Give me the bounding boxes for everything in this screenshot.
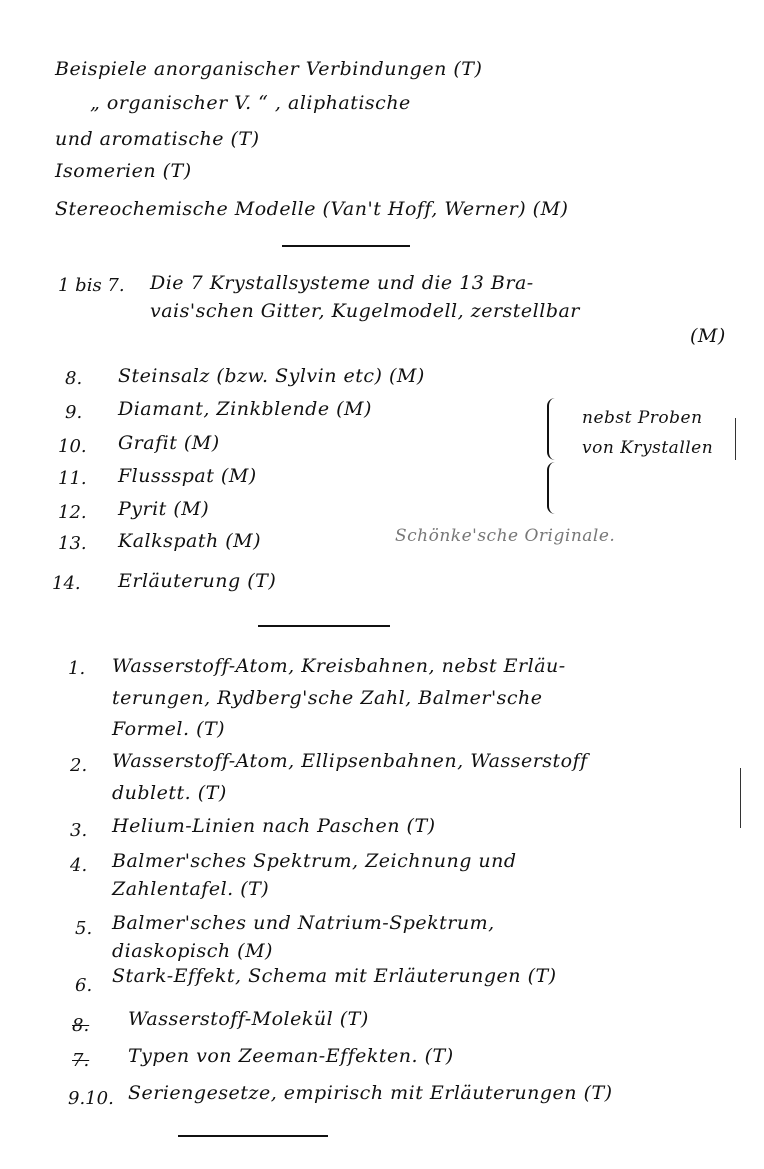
atom-item-5-line-1: Balmer'sches und Natrium-Spektrum,	[112, 912, 495, 934]
brace-note-1: nebst Proben	[582, 408, 703, 428]
atom-item-5-line-2: diaskopisch (M)	[112, 940, 273, 962]
item-number: 2.	[70, 755, 87, 776]
section-divider	[178, 1135, 328, 1137]
atom-item-9-10: Seriengesetze, empirisch mit Erläuterung…	[128, 1082, 613, 1104]
margin-mark	[740, 768, 741, 828]
item-number: 1.	[68, 658, 85, 679]
crystal-item-14: Erläuterung (T)	[118, 570, 276, 592]
intro-line-1: Beispiele anorganischer Verbindungen (T)	[55, 58, 482, 80]
intro-line-2: „ organischer V. “ , aliphatische	[90, 92, 411, 114]
item-number: 4.	[70, 855, 87, 876]
item-number: 13.	[58, 533, 87, 554]
crystal-item-9: Diamant, Zinkblende (M)	[118, 398, 372, 420]
intro-line-3: und aromatische (T)	[55, 128, 260, 150]
item-number: 12.	[58, 502, 87, 523]
crystal-item-1-cont: vais'schen Gitter, Kugelmodell, zerstell…	[150, 300, 580, 322]
atom-item-1-line-2: terungen, Rydberg'sche Zahl, Balmer'sche	[112, 687, 543, 709]
item-number: 8.	[65, 368, 82, 389]
atom-item-2-line-2: dublett. (T)	[112, 782, 227, 804]
intro-line-5: Stereochemische Modelle (Van't Hoff, Wer…	[55, 198, 568, 220]
section-divider	[258, 625, 390, 627]
item-number: 14.	[52, 573, 81, 594]
atom-item-2-line-1: Wasserstoff-Atom, Ellipsenbahnen, Wasser…	[112, 750, 588, 772]
atom-item-1-line-1: Wasserstoff-Atom, Kreisbahnen, nebst Erl…	[112, 655, 566, 677]
atom-item-4-line-2: Zahlentafel. (T)	[112, 878, 269, 900]
margin-mark	[735, 418, 736, 460]
brace	[547, 462, 557, 514]
atom-item-1-line-3: Formel. (T)	[112, 718, 225, 740]
atom-item-6: Stark-Effekt, Schema mit Erläuterungen (…	[112, 965, 557, 987]
item-number: 1 bis 7.	[58, 275, 125, 296]
atom-item-3: Helium-Linien nach Paschen (T)	[112, 815, 436, 837]
crystal-item-11: Flussspat (M)	[118, 465, 257, 487]
atom-item-8: Wasserstoff-Molekül (T)	[128, 1008, 369, 1030]
item-number: 7.	[72, 1050, 89, 1071]
brace	[547, 398, 557, 460]
item-number: 5.	[75, 918, 92, 939]
item-number: 10.	[58, 436, 87, 457]
item-number: 9.	[65, 402, 82, 423]
crystal-item-12: Pyrit (M)	[118, 498, 209, 520]
brace-note-2: von Krystallen	[582, 438, 713, 458]
crystal-item-13: Kalkspath (M)	[118, 530, 261, 552]
atom-item-7: Typen von Zeeman-Effekten. (T)	[128, 1045, 454, 1067]
crystal-item-1: Die 7 Krystallsysteme und die 13 Bra-	[150, 272, 534, 294]
item-number: 11.	[58, 468, 87, 489]
atom-item-4-line-1: Balmer'sches Spektrum, Zeichnung und	[112, 850, 517, 872]
crystal-item-10: Grafit (M)	[118, 432, 220, 454]
item-number: 8.	[72, 1015, 89, 1036]
item-number: 9.10.	[68, 1088, 114, 1109]
item-number: 6.	[75, 975, 92, 996]
item-number: 3.	[70, 820, 87, 841]
intro-line-4: Isomerien (T)	[55, 160, 192, 182]
side-note: Schönke'sche Originale.	[395, 526, 615, 546]
crystal-item-8: Steinsalz (bzw. Sylvin etc) (M)	[118, 365, 425, 387]
section-divider	[282, 245, 410, 247]
crystal-item-1-tag: (M)	[690, 325, 726, 347]
